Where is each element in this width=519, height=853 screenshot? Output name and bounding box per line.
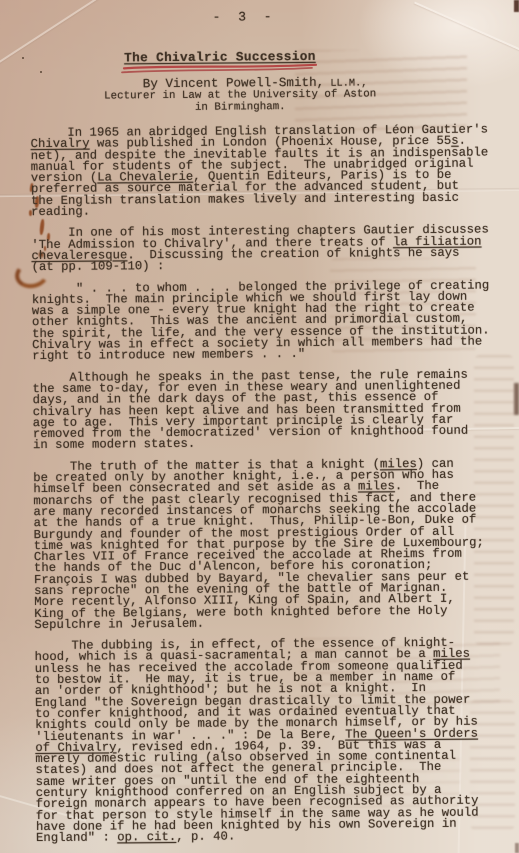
paragraph: The truth of the matter is that a knight… bbox=[33, 458, 514, 631]
typewritten-content: - 3 - The Chivalric Succession By Vincen… bbox=[0, 0, 519, 853]
paragraph: The dubbing is, in effect, of the essenc… bbox=[34, 637, 516, 844]
page-number: - 3 - bbox=[213, 9, 277, 25]
text-run: " . . . to whom . . . belonged the privi… bbox=[32, 278, 490, 363]
affiliation-line: in Birmingham. bbox=[195, 102, 286, 114]
red-ink-underline bbox=[120, 63, 320, 75]
paragraph: " . . . to whom . . . belonged the privi… bbox=[32, 280, 513, 363]
text-run: Although he speaks in the past tense, th… bbox=[32, 367, 468, 452]
paragraph: In 1965 an abridged English translation … bbox=[30, 124, 511, 218]
paragraph: Although he speaks in the past tense, th… bbox=[32, 369, 513, 452]
underlined-text-run: op. cit. bbox=[117, 830, 176, 844]
document-page: - 3 - The Chivalric Succession By Vincen… bbox=[0, 0, 519, 853]
text-run: , revised edn., 1964, p. 39. But this wa… bbox=[35, 738, 478, 846]
text-run: . The monarchs of the past clearly recog… bbox=[33, 479, 484, 632]
text-run: , p. 40. bbox=[176, 830, 235, 844]
paragraph: In one of his most interesting chapters … bbox=[31, 225, 511, 274]
paragraphs: In 1965 an abridged English translation … bbox=[30, 124, 516, 844]
